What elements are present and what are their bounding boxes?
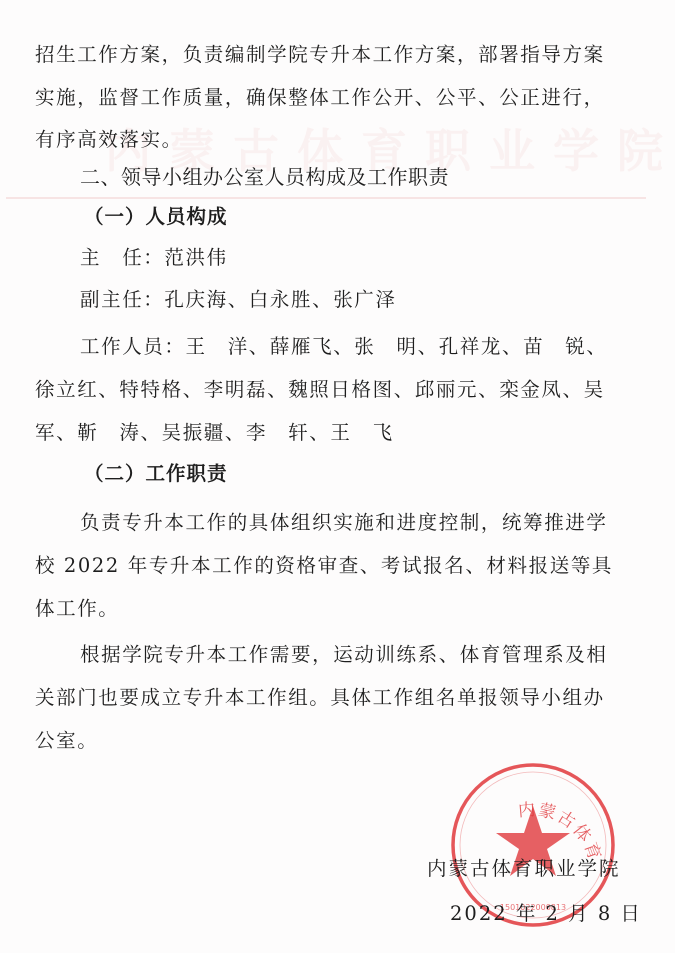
workgroup-line-2: 关部门也要成立专升本工作组。具体工作组名单报领导小组办 bbox=[35, 686, 635, 710]
intro-line-1: 招生工作方案，负责编制学院专升本工作方案，部署指导方案 bbox=[35, 43, 635, 67]
duties-line-2: 校 2022 年专升本工作的资格审查、考试报名、材料报送等具 bbox=[35, 554, 635, 578]
director-line: 主 任：范洪伟 bbox=[80, 246, 675, 270]
staff-line-2: 徐立红、特特格、李明磊、魏照日格图、邱丽元、栾金凤、吴 bbox=[35, 378, 635, 402]
duties-line-3: 体工作。 bbox=[35, 597, 635, 621]
subsection-heading-duties: （二）工作职责 bbox=[84, 462, 675, 486]
subsection-heading-staffing: （一）人员构成 bbox=[84, 205, 675, 229]
document-page: 内蒙古体育职业学院 招生工作方案，负责编制学院专升本工作方案，部署指导方案 实施… bbox=[0, 0, 675, 953]
workgroup-line-1: 根据学院专升本工作需要，运动训练系、体育管理系及相 bbox=[80, 643, 675, 667]
deputy-directors-line: 副主任：孔庆海、白永胜、张广泽 bbox=[80, 288, 675, 312]
intro-line-2: 实施，监督工作质量，确保整体工作公开、公平、公正进行， bbox=[35, 86, 635, 110]
intro-line-3: 有序高效落实。 bbox=[35, 128, 635, 152]
workgroup-line-3: 公室。 bbox=[35, 729, 635, 753]
section-heading: 二、领导小组办公室人员构成及工作职责 bbox=[80, 165, 675, 189]
bleed-through-rule bbox=[6, 197, 646, 199]
signature-date: 2022 年 2 月 8 日 bbox=[450, 898, 642, 926]
duties-line-1: 负责专升本工作的具体组织实施和进度控制，统筹推进学 bbox=[80, 511, 675, 535]
signature-institution: 内蒙古体育职业学院 bbox=[427, 853, 621, 881]
staff-line-3: 军、靳 涛、吴振疆、李 轩、王 飞 bbox=[35, 421, 635, 445]
staff-line-1: 工作人员：王 洋、薛雁飞、张 明、孔祥龙、苗 锐、 bbox=[80, 335, 675, 359]
